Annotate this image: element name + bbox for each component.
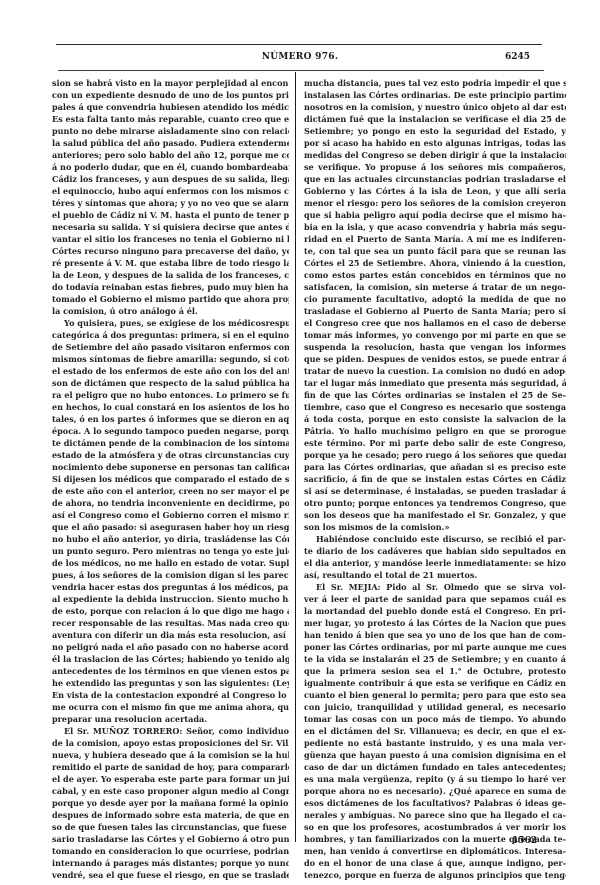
- text-line: internando á parages más distantes; porq…: [52, 857, 289, 869]
- text-line: güenza que hayan puesto á una comision d…: [304, 749, 566, 761]
- text-line: para las Córtes ordinarias, que añadan s…: [304, 461, 566, 473]
- text-line: Yo quisiera, pues, se exigiese de los mé…: [52, 317, 289, 329]
- text-line: nerales y ambíguas. No parece sino que h…: [304, 809, 566, 821]
- text-line: te dictámen pende de la combinacion de l…: [52, 437, 289, 449]
- text-line: la comision, ú otro análogo á él.: [52, 305, 289, 317]
- text-line: el estado de los enfermos de este año co…: [52, 365, 289, 377]
- text-line: vantar el sitio los franceses no tenia e…: [52, 233, 289, 245]
- text-line: con un expediente desnudo de uno de los …: [52, 89, 289, 101]
- text-line: aventura con diferir un dia más esta res…: [52, 629, 289, 641]
- text-line: ré presente á V. M. que estaba libre de …: [52, 257, 289, 269]
- text-line: punto no debe mirarse aisladamente sino …: [52, 125, 289, 137]
- text-line: se verifique. Yo propuse á los señores m…: [304, 161, 566, 173]
- text-line: vendré, sea el que fuese el riesgo, en q…: [52, 869, 289, 881]
- text-line: Pátria. Yo hallo muchísimo peligro en qu…: [304, 425, 566, 437]
- text-line: la mortandad del pueblo donde está el Co…: [304, 605, 566, 617]
- text-line: poner las Córtes ordinarias, por mi part…: [304, 641, 566, 653]
- text-line: en el dictámen del Sr. Villanueva; es de…: [304, 725, 566, 737]
- text-line: pales á que convendria hubiesen atendido…: [52, 101, 289, 113]
- text-line: ver á leer el parte de sanidad para que …: [304, 593, 566, 605]
- text-line: si así se determinase, é instaladas, se …: [304, 485, 566, 497]
- text-line: son los mismos de la comision.»: [304, 521, 566, 533]
- text-line: al expediente la debida instruccion. Sie…: [52, 593, 289, 605]
- text-line: en hechos, lo cual constará en los asien…: [52, 401, 289, 413]
- text-line: tomando en consideracion lo que ocurries…: [52, 845, 289, 857]
- text-line: que en las actuales circunstancias podri…: [304, 173, 566, 185]
- text-line: caso de dar un dictámen fundado en tales…: [304, 761, 566, 773]
- text-line: como estos partes están concebidos en té…: [304, 269, 566, 281]
- page-number: 6245: [505, 52, 530, 62]
- header-bottom-rule: [58, 70, 544, 71]
- text-line: El Sr. MEJIA: Pido al Sr. Olmedo que se …: [304, 581, 566, 593]
- column-divider: [295, 72, 296, 842]
- text-line: dictámen fué que la instalacion se verif…: [304, 113, 566, 125]
- text-line: satisfacen, la comision, sin meterse á t…: [304, 281, 566, 293]
- text-line: despues de informado sobre esta materia,…: [52, 809, 289, 821]
- text-line: de este año con el anterior, creen no se…: [52, 485, 289, 497]
- text-line: porque ahora no es necesario). ¿Qué apar…: [304, 785, 566, 797]
- text-line: es una mala vergüenza, repito (y á su ti…: [304, 773, 566, 785]
- text-line: Es esta falta tanto más reparable, cuant…: [52, 113, 289, 125]
- text-line: son de dictámen que respecto de la salud…: [52, 377, 289, 389]
- text-line: ra el peligro que no hubo entonces. Lo p…: [52, 389, 289, 401]
- text-line: son los deseos que ha manifestado el Sr.…: [304, 509, 566, 521]
- text-line: El Sr. MUÑOZ TORRERO: Señor, como indivi…: [52, 725, 289, 737]
- text-line: sario trasladarse las Córtes y el Gobier…: [52, 833, 289, 845]
- text-line: te, con tal que sea un punto fácil para …: [304, 245, 566, 257]
- text-line: por si acaso ha habido en esto algunas i…: [304, 137, 566, 149]
- text-line: so de que fuesen tales las circunstancia…: [52, 821, 289, 833]
- text-line: esos dictámenes de los facultativos? Pal…: [304, 797, 566, 809]
- text-line: porque ya he cesado; pero ruego á los se…: [304, 449, 566, 461]
- text-line: En vista de la contestacion expondré al …: [52, 689, 289, 701]
- text-line: tales, ó en los partes ó informes que se…: [52, 413, 289, 425]
- text-line: otro punto; porque entonces ya tendremos…: [304, 497, 566, 509]
- text-line: Setiembre; yo pongo en esto la seguridad…: [304, 125, 566, 137]
- text-line: Cádiz los franceses, y aun despues de su…: [52, 173, 289, 185]
- text-line: no peligró nada el año pasado con no hab…: [52, 641, 289, 653]
- text-line: de Setiembre del año pasado visitaron en…: [52, 341, 289, 353]
- text-line: á no poderlo dudar, que en él, cuando bo…: [52, 161, 289, 173]
- text-line: sacrificio, á fin de que se instalen est…: [304, 473, 566, 485]
- left-column-text: sion se habrá visto en la mayor perpleji…: [52, 77, 289, 881]
- text-line: así, resultando el total de 21 muertos.: [304, 569, 566, 581]
- text-line: recer responsable de las resultas. Mas n…: [52, 617, 289, 629]
- text-line: cuanto el bien general lo permita; pero …: [304, 689, 566, 701]
- text-line: téres y síntomas que ahora; y yo no veo …: [52, 197, 289, 209]
- text-line: men, han venido á convertirse en diplomá…: [304, 845, 566, 857]
- text-line: pediente no está bastante instruido, y e…: [304, 737, 566, 749]
- text-line: el de ayer. Yo esperaba este parte para …: [52, 773, 289, 785]
- text-line: tenezco, porque en fuerza de algunos pri…: [304, 869, 566, 881]
- text-line: Habiéndose concluido este discurso, se r…: [304, 533, 566, 545]
- text-line: instalasen las Córtes ordinarias. De est…: [304, 89, 566, 101]
- text-line: el dia anterior, y mandóse leerle inmedi…: [304, 557, 566, 569]
- text-line: tomar más informes, yo convengo por mi p…: [304, 329, 566, 341]
- text-line: suspenda la resolucion, hasta que vengan…: [304, 341, 566, 353]
- text-line: Córtes recurso ninguno para precaverse d…: [52, 245, 289, 257]
- text-line: la salud pública del año pasado. Pudiera…: [52, 137, 289, 149]
- text-line: así el Congreso como el Gobierno corren …: [52, 509, 289, 521]
- text-line: este término. Por mi parte debo salir de…: [304, 437, 566, 449]
- text-line: do todavía reinaban estas fiebres, pudo …: [52, 281, 289, 293]
- text-line: nosotros en la comision, y nuestro único…: [304, 101, 566, 113]
- text-line: Si dijesen los médicos que comparado el …: [52, 473, 289, 485]
- text-line: han tenido á bien que sea yo uno de los …: [304, 629, 566, 641]
- text-line: la de Leon, y despues de la salida de lo…: [52, 269, 289, 281]
- text-line: época. A lo segundo tampoco pueden negar…: [52, 425, 289, 437]
- text-line: que se piden. Despues de venidos estos, …: [304, 353, 566, 365]
- text-line: no hubo el año anterior, yo diria, trasl…: [52, 533, 289, 545]
- text-line: te la vida se instalarán el 25 de Setiem…: [304, 653, 566, 665]
- text-line: tomado el Gobierno el mismo partido que …: [52, 293, 289, 305]
- text-line: trasladase el Gobierno al Puerto de Sant…: [304, 305, 566, 317]
- text-line: tiembre, caso que el Congreso es necesar…: [304, 401, 566, 413]
- text-line: de esto, porque con relacion á lo que di…: [52, 605, 289, 617]
- text-line: que el año pasado: si asegurasen haber h…: [52, 521, 289, 533]
- text-line: te diario de los cadáveres que habian si…: [304, 545, 566, 557]
- text-line: con juicio, tranquilidad y utilidad gene…: [304, 701, 566, 713]
- text-line: remitido el parte de sanidad de hoy, par…: [52, 761, 289, 773]
- text-line: medidas del Congreso se deben dirigir á …: [304, 149, 566, 161]
- text-line: estado de la atmósfera y de otras circun…: [52, 449, 289, 461]
- text-line: nocimiento debe suponerse en personas ta…: [52, 461, 289, 473]
- text-line: de la comision, apoyo estas proposicione…: [52, 737, 289, 749]
- text-line: so en que los profesores, acostumbrados …: [304, 821, 566, 833]
- text-line: tar el lugar más inmediato que presenta …: [304, 377, 566, 389]
- text-line: categórica á dos preguntas: primera, si …: [52, 329, 289, 341]
- text-line: el Congreso cree que nos hallamos en el …: [304, 317, 566, 329]
- text-line: mismos síntomas de fiebre amarilla: segu…: [52, 353, 289, 365]
- text-line: necesaria su salida. Y si quisiera decir…: [52, 221, 289, 233]
- right-column-text: mucha distancia, pues tal vez esto podri…: [304, 77, 566, 881]
- text-line: igualmente contribuir á que esta se veri…: [304, 677, 566, 689]
- text-line: tratar de nuevo la cuestion. La comision…: [304, 365, 566, 377]
- text-line: que si habia peligro aquí podia decirse …: [304, 209, 566, 221]
- text-line: tomar las cosas con un poco más de tiemp…: [304, 713, 566, 725]
- text-line: sion se habrá visto en la mayor perpleji…: [52, 77, 289, 89]
- text-line: pues, á los señores de la comision digan…: [52, 569, 289, 581]
- text-line: ridad en el Puerto de Santa María. A mí …: [304, 233, 566, 245]
- text-line: anteriores; pero solo hablo del año 12, …: [52, 149, 289, 161]
- text-line: él la traslacion de las Córtes; habiendo…: [52, 653, 289, 665]
- text-line: he extendido las preguntas y son las sig…: [52, 677, 289, 689]
- text-line: á toda costa, porque en esto consiste la…: [304, 413, 566, 425]
- text-line: el equinoccio, hubo aquí enfermos con lo…: [52, 185, 289, 197]
- text-line: el pueblo de Cádiz ni V. M. hasta el pun…: [52, 209, 289, 221]
- text-line: do en el honor de una clase á que, aunqu…: [304, 857, 566, 869]
- text-line: nueva, y hubiera deseado que á la comisi…: [52, 749, 289, 761]
- text-line: menor el riesgo: pero los señores de la …: [304, 197, 566, 209]
- text-line: porque yo desde ayer por la mañana formé…: [52, 797, 289, 809]
- text-line: mer lugar, yo protesto á las Córtes de l…: [304, 617, 566, 629]
- text-line: bia en la isla, y que acaso convendria y…: [304, 221, 566, 233]
- printer-signature-mark: 1562: [512, 836, 537, 846]
- text-line: antecedentes de los términos en que vien…: [52, 665, 289, 677]
- text-line: cio puramente facultativo, adoptó la med…: [304, 293, 566, 305]
- text-line: Gobierno y las Córtes á la isla de Leon,…: [304, 185, 566, 197]
- text-line: fin de que las Córtes ordinarias se inst…: [304, 389, 566, 401]
- text-line: Córtes el 25 de Setiembre. Ahora, vinien…: [304, 257, 566, 269]
- text-line: me ocurra con el mismo fin que me anima …: [52, 701, 289, 713]
- text-line: de ahora, no tendria inconveniente en de…: [52, 497, 289, 509]
- text-line: mucha distancia, pues tal vez esto podri…: [304, 77, 566, 89]
- text-line: cabal, y en este caso proponer algun med…: [52, 785, 289, 797]
- header-top-rule: [56, 44, 542, 45]
- text-line: vendria hacer estas dos preguntas á los …: [52, 581, 289, 593]
- text-line: de los médicos, no me hallo en estado de…: [52, 557, 289, 569]
- text-line: preparar una resolucion acertada.: [52, 713, 289, 725]
- text-line: que la primera sesion sea el 1.° de Octu…: [304, 665, 566, 677]
- text-line: un punto seguro. Pero mientras no tenga …: [52, 545, 289, 557]
